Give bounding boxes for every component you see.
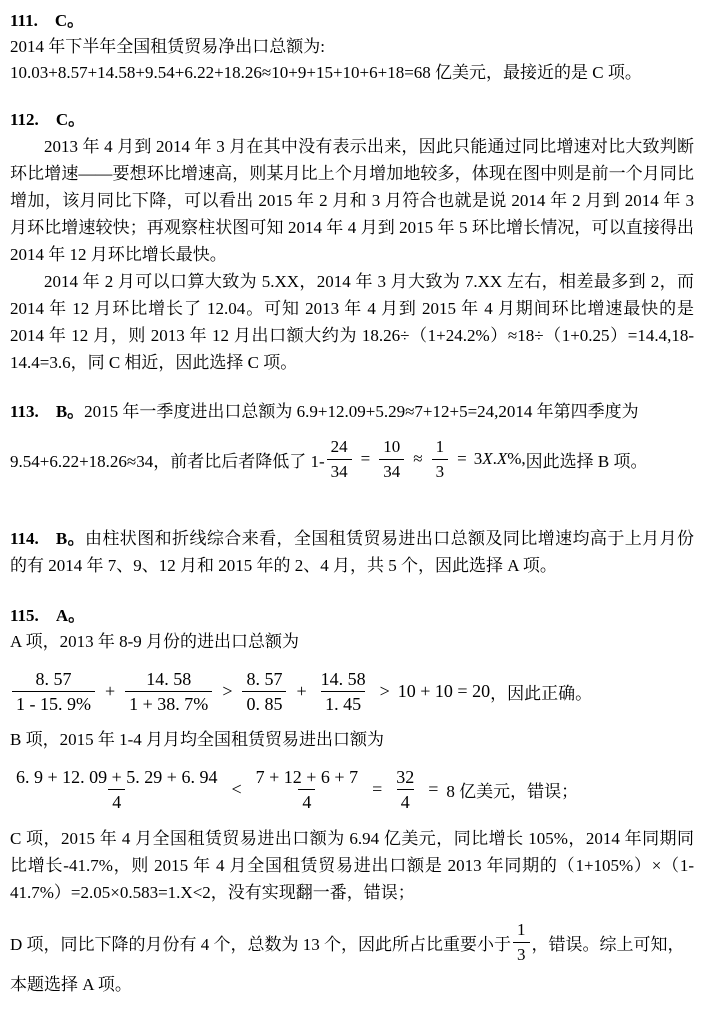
fraction: 7 + 12 + 6 + 7 4 xyxy=(252,766,362,813)
equals-sign: = xyxy=(364,779,390,800)
answer-heading-114: 114.B。由柱状图和折线综合来看，全国租赁贸易进出口总额及同比增速均高于上月月… xyxy=(10,525,694,579)
equals-sign: = xyxy=(420,779,446,800)
formula-conclusion: 8 亿美元，错误； xyxy=(446,777,578,802)
final-answer-line: 本题选择 A 项。 xyxy=(10,972,694,998)
explanation-text: ，错误。综上可知， xyxy=(532,930,685,955)
formula-conclusion: ，因此正确。 xyxy=(490,679,592,704)
denominator: 34 xyxy=(379,459,404,483)
answer-section-115: 115.A。 A 项，2013 年 8-9 月份的进出口总额为 8. 57 1 … xyxy=(10,603,694,998)
fraction: 14. 58 1. 45 xyxy=(317,668,370,715)
denominator: 0. 85 xyxy=(242,691,286,715)
fraction: 6. 9 + 12. 09 + 5. 29 + 6. 94 4 xyxy=(12,766,221,813)
question-number: 114. xyxy=(10,529,39,548)
denominator: 4 xyxy=(108,789,125,813)
numerator: 10 xyxy=(379,436,404,459)
formula-text: 因此选择 B 项。 xyxy=(526,447,648,472)
greater-than-sign: > xyxy=(214,681,240,702)
formula-line: 9.54+6.22+18.26≈34，前者比后者降低了 1- 24 34 = 1… xyxy=(10,433,694,485)
fraction: 24 34 xyxy=(327,436,352,483)
approx-sign: ≈ xyxy=(406,449,429,469)
option-a-formula: 8. 57 1 - 15. 9% + 14. 58 1 + 38. 7% > 8… xyxy=(10,665,694,717)
result-value: 3X.X%, xyxy=(474,449,526,469)
numerator: 14. 58 xyxy=(317,668,370,691)
option-c-text: C 项，2015 年 4 月全国租赁贸易进出口额为 6.94 亿美元，同比增长 … xyxy=(10,825,694,906)
formula-text: 10 + 10 = 20 xyxy=(398,681,490,702)
fraction: 1 3 xyxy=(432,436,449,483)
equals-sign: = xyxy=(354,449,378,469)
fraction: 1 3 xyxy=(513,919,530,966)
option-d-line: D 项，同比下降的月份有 4 个，总数为 13 个，因此所占比重要小于 1 3 … xyxy=(10,916,694,968)
explanation-text: 2015 年一季度进出口总额为 6.9+12.09+5.29≈7+12+5=24… xyxy=(84,402,639,421)
option-b-intro: B 项，2015 年 1-4 月月均全国租赁贸易进出口额为 xyxy=(10,727,694,753)
denominator: 4 xyxy=(397,789,414,813)
numerator: 1 xyxy=(513,919,530,942)
answer-letter: B。 xyxy=(56,529,85,548)
plus-sign: + xyxy=(97,681,123,702)
denominator: 1 + 38. 7% xyxy=(125,691,212,715)
numerator: 7 + 12 + 6 + 7 xyxy=(252,766,362,789)
answer-heading-115: 115.A。 xyxy=(10,603,694,629)
fraction: 10 34 xyxy=(379,436,404,483)
denominator: 3 xyxy=(432,459,449,483)
fraction: 8. 57 0. 85 xyxy=(242,668,286,715)
numerator: 8. 57 xyxy=(242,668,286,691)
denominator: 34 xyxy=(327,459,352,483)
denominator: 3 xyxy=(513,942,530,966)
question-number: 112. xyxy=(10,110,39,129)
answer-letter: B。 xyxy=(56,402,84,421)
answer-letter: C。 xyxy=(56,110,85,129)
explanation-paragraph: 2013 年 4 月到 2014 年 3 月在其中没有表示出来，因此只能通过同比… xyxy=(10,133,694,268)
document-page: 111.C。 2014 年下半年全国租赁贸易净出口总额为: 10.03+8.57… xyxy=(0,0,704,998)
numerator: 14. 58 xyxy=(142,668,195,691)
numerator: 1 xyxy=(432,436,449,459)
question-number: 115. xyxy=(10,606,39,625)
answer-heading-111: 111.C。 xyxy=(10,8,694,34)
less-than-sign: < xyxy=(223,779,249,800)
denominator: 4 xyxy=(298,789,315,813)
explanation-text: 由柱状图和折线综合来看，全国租赁贸易进出口总额及同比增速均高于上月月份的有 20… xyxy=(10,529,694,575)
option-b-formula: 6. 9 + 12. 09 + 5. 29 + 6. 94 4 < 7 + 12… xyxy=(10,763,694,815)
denominator: 1. 45 xyxy=(321,691,365,715)
numerator: 32 xyxy=(392,766,418,789)
answer-section-111: 111.C。 2014 年下半年全国租赁贸易净出口总额为: 10.03+8.57… xyxy=(10,8,694,86)
answer-letter: A。 xyxy=(56,606,85,625)
question-number: 111. xyxy=(10,11,38,30)
explanation-paragraph: 2014 年 2 月可以口算大致为 5.XX，2014 年 3 月大致为 7.X… xyxy=(10,268,694,376)
answer-heading-112: 112.C。 xyxy=(10,107,694,133)
fraction: 8. 57 1 - 15. 9% xyxy=(12,668,95,715)
answer-letter: C。 xyxy=(55,11,84,30)
numerator: 24 xyxy=(327,436,352,459)
explanation-line: 10.03+8.57+14.58+9.54+6.22+18.26≈10+9+15… xyxy=(10,60,694,86)
answer-section-112: 112.C。 2013 年 4 月到 2014 年 3 月在其中没有表示出来，因… xyxy=(10,107,694,376)
numerator: 8. 57 xyxy=(32,668,76,691)
answer-section-114: 114.B。由柱状图和折线综合来看，全国租赁贸易进出口总额及同比增速均高于上月月… xyxy=(10,525,694,579)
option-a-intro: A 项，2013 年 8-9 月份的进出口总额为 xyxy=(10,629,694,655)
denominator: 1 - 15. 9% xyxy=(12,691,95,715)
greater-than-sign: > xyxy=(372,681,398,702)
fraction: 32 4 xyxy=(392,766,418,813)
formula-text: 9.54+6.22+18.26≈34，前者比后者降低了 1- xyxy=(10,447,325,472)
explanation-text: D 项，同比下降的月份有 4 个，总数为 13 个，因此所占比重要小于 xyxy=(10,930,511,955)
numerator: 6. 9 + 12. 09 + 5. 29 + 6. 94 xyxy=(12,766,221,789)
answer-section-113: 113.B。2015 年一季度进出口总额为 6.9+12.09+5.29≈7+1… xyxy=(10,398,694,485)
plus-sign: + xyxy=(288,681,314,702)
answer-heading-113: 113.B。2015 年一季度进出口总额为 6.9+12.09+5.29≈7+1… xyxy=(10,398,694,425)
fraction: 14. 58 1 + 38. 7% xyxy=(125,668,212,715)
question-number: 113. xyxy=(10,402,39,421)
equals-sign: = xyxy=(450,449,474,469)
explanation-line: 2014 年下半年全国租赁贸易净出口总额为: xyxy=(10,34,694,60)
